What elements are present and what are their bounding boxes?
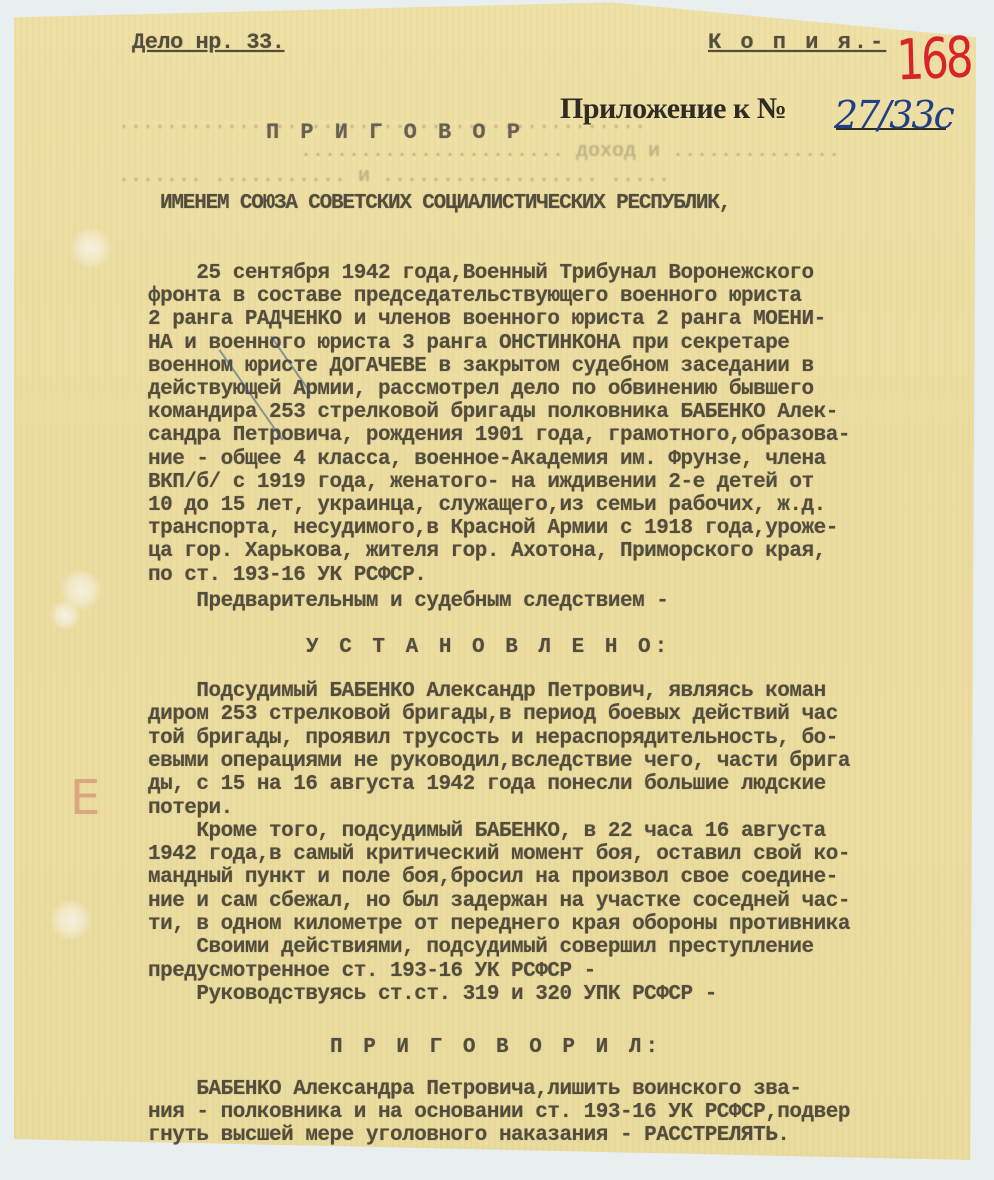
typed-line: ние - общее 4 класса, военное-Академия и…: [148, 448, 826, 471]
margin-mark: Е: [70, 770, 100, 826]
investigation-line: Предварительным и судебным следствием -: [148, 590, 668, 613]
typed-line: 1942 года,в самый критический момент боя…: [148, 843, 850, 866]
typed-line: 2 ранга РАДЧЕНКО и членов военного юрист…: [148, 308, 826, 331]
typed-line: фронта в составе председательствующего в…: [148, 285, 802, 308]
typed-line: той бригады, проявил трусость и нераспор…: [148, 727, 838, 750]
typed-line: транспорта, несудимого,в Красной Армии с…: [148, 517, 838, 540]
typed-line: предусмотренное ст. 193-16 УК РСФСР -: [148, 960, 596, 983]
typed-line: гнуть высшей мере уголовного наказания -…: [148, 1124, 789, 1147]
punch-hole: [50, 600, 80, 630]
typed-line: евыми операциями не руководил,вследствие…: [148, 750, 850, 773]
sentenced-heading: П Р И Г О В О Р И Л:: [330, 1036, 662, 1059]
preamble: ИМЕНЕМ СОЮЗА СОВЕТСКИХ СОЦИАЛИСТИЧЕСКИХ …: [160, 192, 730, 215]
punch-hole: [70, 228, 112, 268]
typed-line: диром 253 стрелковой бригады,в период бо…: [148, 703, 838, 726]
established-heading: У С Т А Н О В Л Е Н О:: [306, 636, 671, 659]
typed-line: ния - полковника и на основании ст. 193-…: [148, 1101, 850, 1124]
typed-line: военном юристе ДОГАЧЕВЕ в закрытом судеб…: [148, 355, 814, 378]
punch-hole: [50, 900, 92, 940]
copy-label: К о п и я.-: [708, 30, 886, 55]
typed-line: ти, в одном километре от переднего края …: [148, 913, 850, 936]
typed-line: ние и сам сбежал, но был задержан на уча…: [148, 890, 850, 913]
typed-line: БАБЕНКО Александра Петровича,лишить воин…: [148, 1078, 802, 1101]
typed-line: ды, с 15 на 16 августа 1942 года понесли…: [148, 773, 826, 796]
typed-line: мандный пункт и поле боя,бросил на произ…: [148, 866, 838, 889]
typed-line: НА и военного юриста 3 ранга ОНСТИНКОНА …: [148, 332, 789, 355]
typed-line: 10 до 15 лет, украинца, служащего,из сем…: [148, 494, 826, 517]
typed-line: ца гор. Харькова, жителя гор. Ахотона, П…: [148, 540, 826, 563]
typed-line: по ст. 193-16 УК РСФСР.: [148, 564, 426, 587]
bleedthrough-text: ....... ........... и ..................…: [118, 165, 670, 188]
typed-line: потери.: [148, 797, 233, 820]
typed-line: Кроме того, подсудимый БАБЕНКО, в 22 час…: [148, 820, 826, 843]
typed-line: Своими действиями, подсудимый совершил п…: [148, 936, 814, 959]
typed-line: Руководствуясь ст.ст. 319 и 320 УПК РСФС…: [148, 983, 717, 1006]
typed-line: Подсудимый БАБЕНКО Александр Петрович, я…: [148, 680, 826, 703]
case-number: Дело нр. 33.: [132, 30, 284, 55]
typed-line: 25 сентября 1942 года,Военный Трибунал В…: [148, 262, 814, 285]
typed-line: командира 253 стрелковой бригады полковн…: [148, 401, 838, 424]
typed-line: ВКП/б/ с 1919 года, женатого- на иждивен…: [148, 471, 814, 494]
sheet-number: 168: [896, 30, 971, 89]
typed-line: сандра Петровича, рождения 1901 года, гр…: [148, 424, 850, 447]
document-title: П Р И Г О В О Р: [266, 120, 524, 145]
appendix-number: 27/33с: [834, 96, 953, 134]
